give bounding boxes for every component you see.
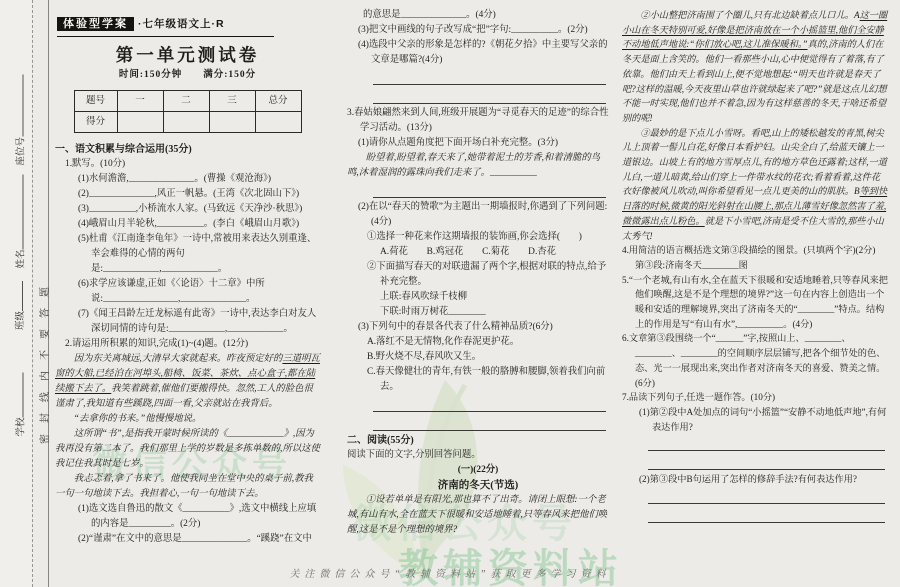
score-table-cell: 三 bbox=[209, 91, 255, 112]
text-line: 一、语文积累与综合运用(35分) bbox=[55, 142, 320, 157]
text-line: 4.用简洁的语言概括选文第③段描绘的图景。(只填两个字)(2分) bbox=[622, 243, 888, 258]
text-line: 下联:时雨万树花________ bbox=[347, 305, 609, 320]
text-line: (6)求学应该谦虚,正如《〈论语〉十二章》中所说:_______________… bbox=[55, 277, 320, 307]
text-line: (4)选段中父亲的形象是怎样的?《朝花夕拾》中主要写父亲的文章是哪篇?(4分) bbox=[347, 38, 609, 68]
text-line: A.荷花 B.鸡冠花 C.菊花 D.杏花 bbox=[347, 245, 609, 260]
seal-warning-text: 密封线内不要答题 bbox=[36, 266, 50, 454]
text-line: 因为东关离城远,大清早大家就起来。昨夜预定好的三道明瓦窗的大船,已经泊在河埠头,… bbox=[55, 352, 320, 412]
paper-time-score-meta: 时间:150分钟 满分:150分 bbox=[55, 68, 320, 83]
school-field: 学校 bbox=[14, 373, 27, 437]
text-line: 3.春姑娘翩然来到人间,班级开展题为“寻觅春天的足迹”的综合性学习活动。(13分… bbox=[347, 106, 609, 136]
answer-blank-line bbox=[648, 453, 885, 470]
text-line: (1)选文选自鲁迅的散文《__________》,选文中横线上应填的内容是___… bbox=[55, 502, 320, 532]
text-line: (3)下列句中的春景各代表了什么精神品质?(6分) bbox=[347, 320, 609, 335]
score-table-cell: 一 bbox=[117, 91, 163, 112]
score-table-empty-cell bbox=[163, 112, 209, 133]
text-line: (7)《闻王昌龄左迁龙标遥有此寄》一诗中,表达李白对友人深切同情的诗句是:___… bbox=[55, 307, 320, 337]
column-left-content: 一、语文积累与综合运用(35分)1.默写。(10分)(1)水何澹澹,______… bbox=[55, 142, 320, 547]
class-field: 班级 bbox=[13, 281, 26, 330]
text-line: ①选择一种花来作这期墙报的装饰画,你会选择( ) bbox=[347, 230, 609, 245]
school-label: 学校 bbox=[17, 417, 27, 436]
text-line: (5)杜甫《江南逢李龟年》一诗中,常被用来表达久别重逢、幸会难得的心情的两句是:… bbox=[55, 232, 320, 277]
text-line: B.野火烧不尽,春风吹又生。 bbox=[347, 350, 609, 365]
score-table-cell: 总分 bbox=[255, 91, 301, 112]
text-line: (1)水何澹澹,______________。(曹操《观沧海》) bbox=[55, 172, 320, 187]
answer-blank-line bbox=[373, 68, 606, 85]
footer-promo-note: 关注微信公众号“教辅资料站”获取更多学习资料 bbox=[289, 565, 610, 580]
text-line: 的意思是______________。(4分) bbox=[347, 8, 609, 23]
text-line: (1)请你从点题角度把下面开场白补充完整。(3分) bbox=[347, 136, 609, 151]
text-line: 6.文章第③段围绕一个“______”字,按照山上、________、_____… bbox=[622, 331, 888, 390]
text-line: (2)“谨肃”在文中的意思是______________。“蹊跷”在文中 bbox=[55, 532, 320, 547]
text-line: 上联:春风吹绿千枝柳 bbox=[347, 290, 609, 305]
text-line: (4)峨眉山月半轮秋,__________。(李白《峨眉山月歌》) bbox=[55, 217, 320, 232]
answer-blank-line bbox=[373, 395, 606, 412]
text-line: 二、阅读(55分) bbox=[347, 433, 609, 448]
answer-blank-line bbox=[373, 87, 606, 104]
text-line: (一)(22分) bbox=[347, 463, 609, 478]
passage-text: 因为东关离城远,大清早大家就起来。昨夜预定好的 bbox=[74, 354, 283, 364]
brand-subject-label: ·七年级语文上·R bbox=[138, 18, 225, 30]
answer-blank-line bbox=[373, 181, 606, 198]
text-line: 济南的冬天(节选) bbox=[347, 478, 609, 493]
student-name-field: 姓名 bbox=[14, 175, 27, 269]
text-line: C.春天像健壮的青年,有铁一般的胳膊和腰脚,领着我们向前去。 bbox=[347, 365, 609, 395]
text-line: (2)第③段中B句运用了怎样的修辞手法?有何表达作用? bbox=[622, 472, 888, 487]
text-line: ①设若单单是有阳光,那也算不了出奇。请闭上眼想:一个老城,有山有水,全在蓝天下很… bbox=[347, 493, 609, 538]
text-line: “去拿你的书来。”他慢慢地说。 bbox=[55, 412, 320, 427]
column-left: 体验型学案·七年级语文上·R 第一单元测试卷 时间:150分钟 满分:150分 … bbox=[55, 10, 320, 547]
passage-text: 真的,济南的人们在冬天是面上含笑的。他们一看那些小山,心中便觉得有了着落,有了依… bbox=[622, 39, 887, 123]
class-blank-line bbox=[13, 281, 23, 311]
text-line: A.落红不是无情物,化作春泥更护花。 bbox=[347, 335, 609, 350]
text-line: 盼望着,盼望着,春天来了,她带着泥土的芳香,和着清脆的鸟鸣,沐着湿润的露珠向我们… bbox=[347, 151, 609, 181]
score-table: 题号 一 二 三 总分 得分 bbox=[74, 90, 302, 133]
class-label: 班级 bbox=[16, 311, 26, 330]
student-name-blank-line bbox=[14, 174, 24, 249]
answer-blank-line bbox=[648, 434, 885, 451]
seal-dashed-line bbox=[32, 0, 33, 587]
text-line: 2.请运用所积累的知识,完成(1)~(4)题。(12分) bbox=[55, 337, 320, 352]
seat-number-blank-line bbox=[14, 75, 24, 137]
text-line: (3)__________,小桥流水人家。(马致远《天净沙·秋思》) bbox=[55, 202, 320, 217]
text-line: (3)把文中画线的句子改写成“把”字句:__________。(2分) bbox=[347, 23, 609, 38]
passage-text: ③最妙的是下点儿小雪呀。看吧,山上的矮松越发的青黑,树尖儿上顶着一髻儿白花,好像… bbox=[622, 128, 887, 197]
seat-number-field: 座位号 bbox=[14, 76, 27, 166]
answer-blank-line bbox=[648, 506, 885, 523]
school-blank-line bbox=[14, 372, 24, 417]
text-line: 这所谓“书”,是指我开蒙时候所读的《____________》,因为我再没有第二… bbox=[55, 427, 320, 472]
text-line: 第③段:济南冬天________图 bbox=[622, 258, 888, 273]
text-line: 7.品读下列句子,任选一题作答。(10分) bbox=[622, 390, 888, 405]
text-line: 1.默写。(10分) bbox=[55, 157, 320, 172]
score-table-cell: 得分 bbox=[74, 112, 117, 133]
seat-number-label: 座位号 bbox=[17, 137, 27, 166]
answer-blank-line bbox=[373, 414, 606, 431]
score-table-empty-cell bbox=[117, 112, 163, 133]
student-name-label: 姓名 bbox=[17, 249, 27, 268]
column-right-content: ②小山整把济南围了个圈儿,只有北边缺着点儿口儿。A这一圈小山在冬天特别可爱,好像… bbox=[622, 8, 888, 523]
score-table-header-row: 题号 一 二 三 总分 bbox=[74, 91, 301, 112]
score-table-cell: 二 bbox=[163, 91, 209, 112]
column-middle-content: 的意思是______________。(4分)(3)把文中画线的句子改写成“把”… bbox=[347, 8, 609, 538]
text-line: 我忐忑着,拿了书来了。他使我同坐在堂中央的桌子前,教我一句一句地读下去。我担着心… bbox=[55, 472, 320, 502]
text-line: (2)______________,风正一帆悬。(王湾《次北固山下》) bbox=[55, 187, 320, 202]
score-table-empty-cell bbox=[255, 112, 301, 133]
brand-header-row: 体验型学案·七年级语文上·R bbox=[57, 16, 274, 37]
score-table-empty-cell bbox=[209, 112, 255, 133]
exam-paper-page: { "page": { "brand": "体验型学案", "brand_suf… bbox=[0, 0, 900, 587]
text-line: (1)第②段中A处加点的词句“小摇篮”“安静不动地低声地”,有何表达作用? bbox=[622, 405, 888, 434]
text-line: (2)在以“春天的赞歌”为主题出一期墙报时,你遇到了下列问题:(4分) bbox=[347, 200, 609, 230]
text-line: ③最妙的是下点儿小雪呀。看吧,山上的矮松越发的青黑,树尖儿上顶着一髻儿白花,好像… bbox=[622, 126, 888, 244]
text-line: ②小山整把济南围了个圈儿,只有北边缺着点儿口儿。A这一圈小山在冬天特别可爱,好像… bbox=[622, 8, 888, 126]
column-middle: 的意思是______________。(4分)(3)把文中画线的句子改写成“把”… bbox=[347, 8, 609, 538]
passage-text: ②小山整把济南围了个圈儿,只有北边缺着点儿口儿。A bbox=[640, 10, 859, 20]
score-table-score-row: 得分 bbox=[74, 112, 301, 133]
column-right: ②小山整把济南围了个圈儿,只有北边缺着点儿口儿。A这一圈小山在冬天特别可爱,好像… bbox=[622, 8, 888, 525]
score-table-cell: 题号 bbox=[74, 91, 117, 112]
text-line: 5.“一个老城,有山有水,全在蓝天下很暖和安适地睡着,只等春风来把他们唤醒,这是… bbox=[622, 273, 888, 332]
brand-badge: 体验型学案 bbox=[57, 17, 134, 31]
answer-blank-line bbox=[648, 487, 885, 504]
text-line: ②下面描写春天的对联遗漏了两个字,根据对联的特点,给予补充完整。 bbox=[347, 260, 609, 290]
paper-title: 第一单元测试卷 bbox=[55, 48, 320, 63]
text-line: 阅读下面的文字,分别回答问题。 bbox=[347, 448, 609, 463]
